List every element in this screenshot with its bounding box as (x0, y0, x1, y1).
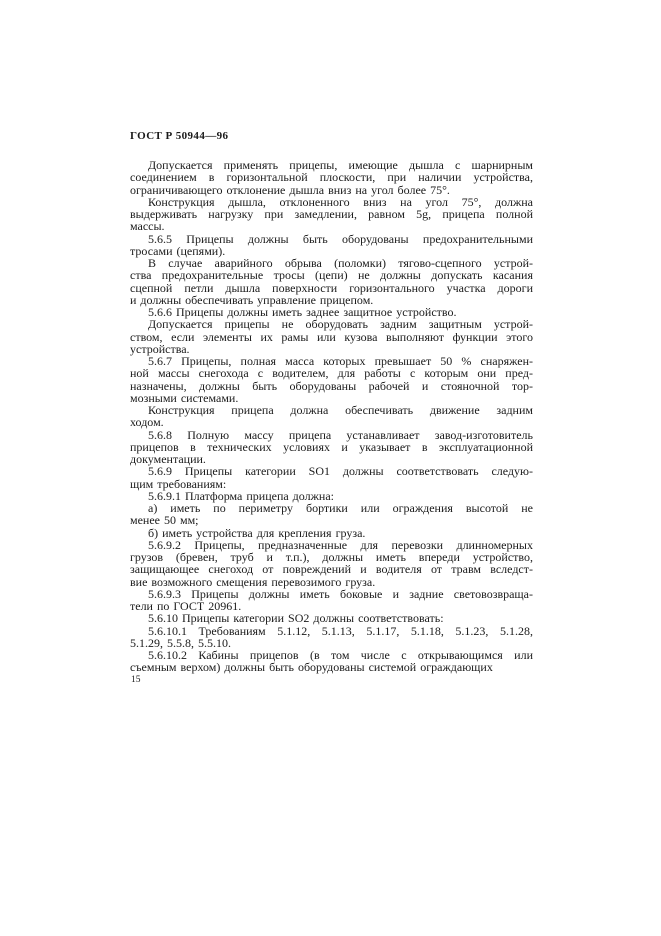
text-line: ограничивающего отклонение дышла вниз на… (130, 184, 533, 196)
text-line: ством, если элементы их рамы или кузова … (130, 331, 533, 343)
paragraph: 5.6.9.3 Прицепы должны иметь боковые и з… (130, 588, 533, 613)
text-line: массы. (130, 220, 533, 232)
text-line: ства предохранительные тросы (цепи) не д… (130, 269, 533, 281)
text-line: защищающее снегоход от повреждений и вод… (130, 563, 533, 575)
text-line: ной массы снегохода с водителем, для раб… (130, 367, 533, 379)
paragraph: Конструкция дышла, отклоненного вниз на … (130, 196, 533, 233)
paragraph: 5.6.5 Прицепы должны быть оборудованы пр… (130, 233, 533, 258)
text-line: сцепной петли дышла поверхности горизонт… (130, 282, 533, 294)
text-line: соединением в горизонтальной плоскости, … (130, 171, 533, 183)
paragraph: б) иметь устройства для крепления груза. (130, 527, 533, 539)
text-line: 5.6.10.1 Требованиям 5.1.12, 5.1.13, 5.1… (130, 625, 533, 637)
text-line: съемным верхом) должны быть оборудованы … (130, 661, 533, 673)
text-line: щим требованиям: (130, 478, 533, 490)
text-line: вие возможного смещения перевозимого гру… (130, 576, 533, 588)
text-line: 5.6.5 Прицепы должны быть оборудованы пр… (130, 233, 533, 245)
document-page: ГОСТ Р 50944—96 Допускается применять пр… (0, 0, 661, 936)
text-line: 5.6.9 Прицепы категории SO1 должны соотв… (130, 465, 533, 477)
paragraph: 5.6.7 Прицепы, полная масса которых прев… (130, 355, 533, 404)
paragraph: 5.6.10.2 Кабины прицепов (в том числе с … (130, 649, 533, 674)
document-body: Допускается применять прицепы, имеющие д… (130, 159, 533, 674)
page-number: 15 (131, 675, 141, 685)
text-line: выдерживать нагрузку при замедлении, рав… (130, 208, 533, 220)
paragraph: 5.6.10 Прицепы категории SO2 должны соот… (130, 612, 533, 624)
paragraph: а) иметь по периметру бортики или огражд… (130, 502, 533, 527)
paragraph: Допускается применять прицепы, имеющие д… (130, 159, 533, 196)
paragraph: Конструкция прицепа должна обеспечивать … (130, 404, 533, 429)
paragraph: Допускается прицепы не оборудовать задни… (130, 318, 533, 355)
text-line: ходом. (130, 416, 533, 428)
paragraph: 5.6.8 Полную массу прицепа устанавливает… (130, 429, 533, 466)
document-header: ГОСТ Р 50944—96 (130, 130, 533, 142)
paragraph: 5.6.9 Прицепы категории SO1 должны соотв… (130, 465, 533, 490)
paragraph: 5.6.10.1 Требованиям 5.1.12, 5.1.13, 5.1… (130, 625, 533, 650)
text-block: ГОСТ Р 50944—96 Допускается применять пр… (130, 130, 533, 674)
text-line: менее 50 мм; (130, 514, 533, 526)
text-line: 5.6.8 Полную массу прицепа устанавливает… (130, 429, 533, 441)
paragraph: В случае аварийного обрыва (поломки) тяг… (130, 257, 533, 306)
paragraph: 5.6.9.2 Прицепы, предназначенные для пер… (130, 539, 533, 588)
text-line: назначены, должны быть оборудованы рабоч… (130, 380, 533, 392)
text-line: Конструкция прицепа должна обеспечивать … (130, 404, 533, 416)
text-line: б) иметь устройства для крепления груза. (130, 527, 533, 539)
text-line: 5.6.10 Прицепы категории SO2 должны соот… (130, 612, 533, 624)
text-line: Допускается прицепы не оборудовать задни… (130, 318, 533, 330)
